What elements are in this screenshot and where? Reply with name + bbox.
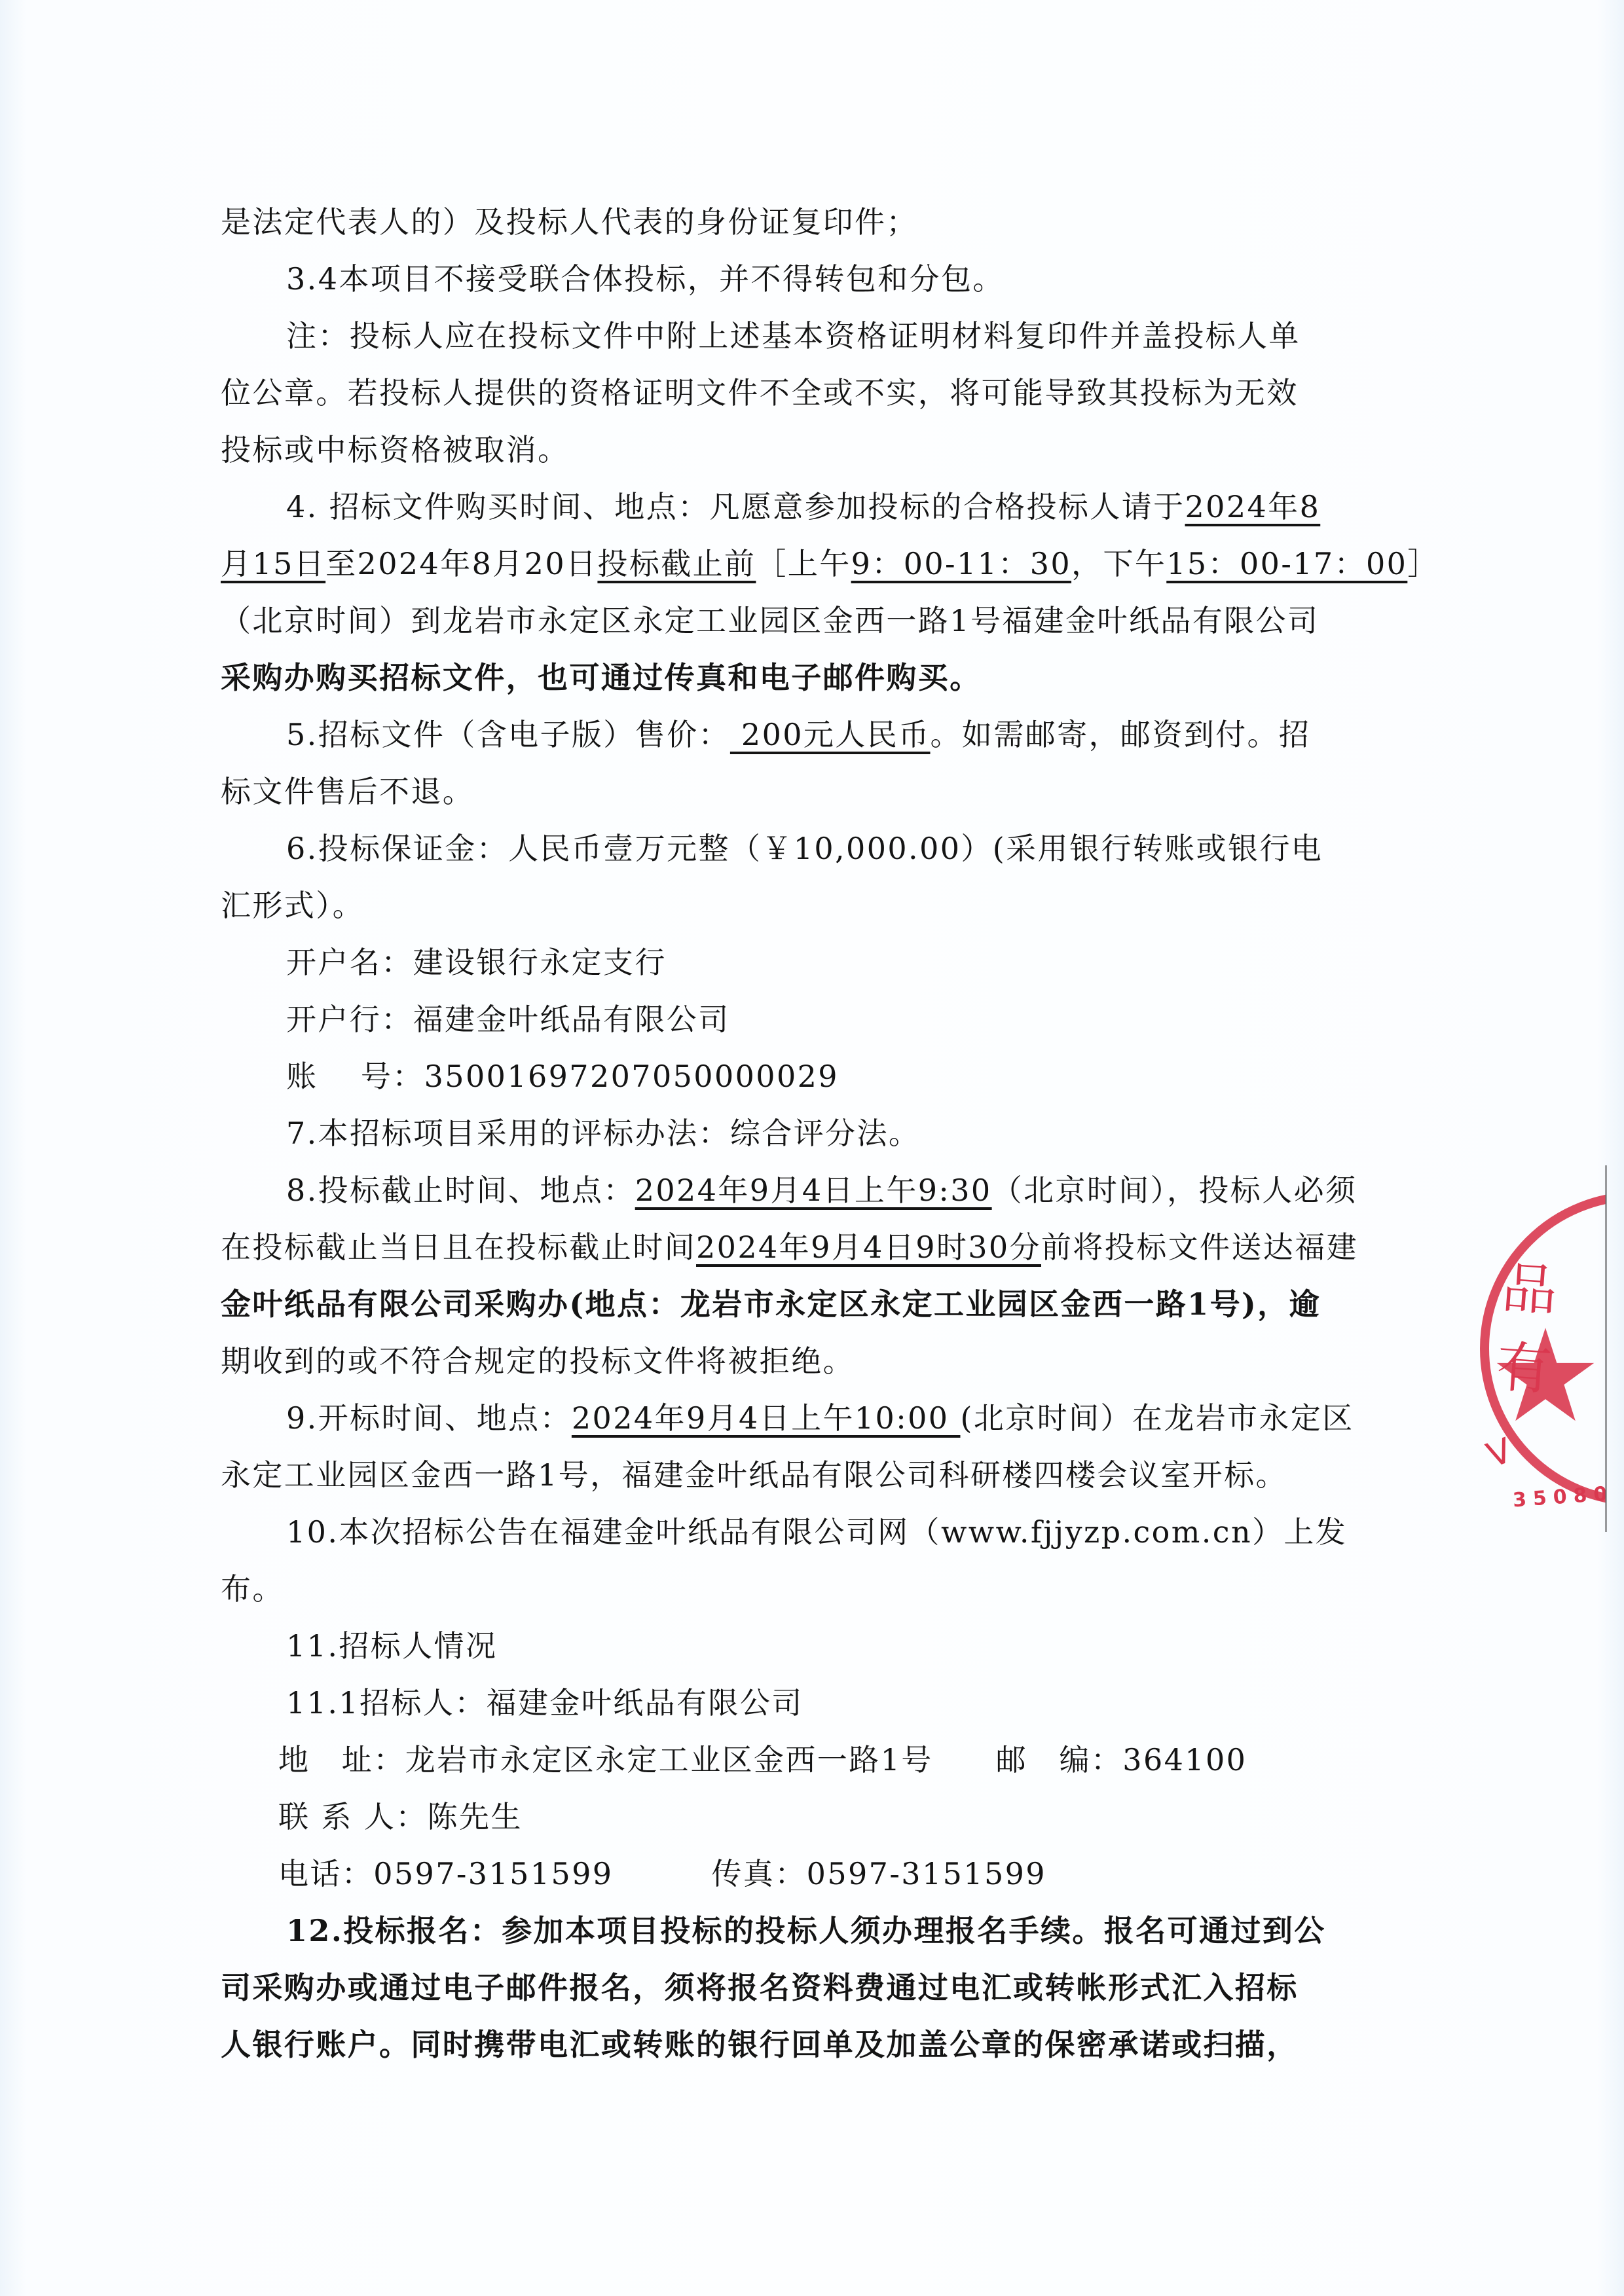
deadline-label: 投标截止前 [597, 546, 756, 581]
clause-10-publication: 10.本次招标公告在福建金叶纸品有限公司网（www.fjjyzp.com.cn）… [221, 1504, 1373, 1561]
clause-12-registration: 12.投标报名：参加本项目投标的投标人须办理报名手续。报名可通过到公 [221, 1903, 1373, 1959]
text-line: 汇形式）。 [221, 877, 1373, 934]
document-body: 是法定代表人的）及投标人代表的身份证复印件； 3.4本项目不接受联合体投标，并不… [221, 194, 1373, 2073]
text-span: ［上午 [756, 546, 851, 581]
account-bank: 开户行：福建金叶纸品有限公司 [221, 991, 1373, 1048]
star-icon [1493, 1326, 1598, 1424]
text-span: （北京时间），投标人必须 [992, 1173, 1357, 1208]
afternoon-hours: 15：00-17：00 [1166, 546, 1407, 581]
text-span: 在投标截止当日且在投标截止时间 [221, 1230, 696, 1265]
text-span: 5.招标文件（含电子版）售价： [286, 717, 730, 752]
text-span: ，下午 [1071, 546, 1166, 581]
text-line: 月15日至2024年8月20日投标截止前［上午9：00-11：30，下午15：0… [221, 536, 1373, 592]
tenderer-postcode: 邮 编：364100 [996, 1742, 1247, 1777]
note-paragraph: 注：投标人应在投标文件中附上述基本资格证明材料复印件并盖投标人单 [221, 308, 1373, 365]
text-line: 期收到的或不符合规定的投标文件将被拒绝。 [221, 1333, 1373, 1390]
opening-time: 2024年9月4日上午10:00 [572, 1400, 961, 1436]
text-line: 标文件售后不退。 [221, 763, 1373, 820]
tenderer-address: 地 址：龙岩市永定区永定工业区金西一路1号 [278, 1742, 933, 1777]
clause-9-opening: 9.开标时间、地点：2024年9月4日上午10:00 (北京时间）在龙岩市永定区 [221, 1390, 1373, 1447]
account-name: 开户名：建设银行永定支行 [221, 934, 1373, 991]
text-line: 司采购办或通过电子邮件报名，须将报名资料费通过电汇或转帐形式汇入招标 [221, 1959, 1373, 2016]
text-line: 采购办购买招标文件，也可通过传真和电子邮件购买。 [221, 649, 1373, 706]
text-line: 人银行账户。同时携带电汇或转账的银行回单及加盖公章的保密承诺或扫描， [221, 2016, 1373, 2073]
text-line: 布。 [221, 1561, 1373, 1618]
text-line: 永定工业园区金西一路1号，福建金叶纸品有限公司科研楼四楼会议室开标。 [221, 1447, 1373, 1504]
text-span: 4. 招标文件购买时间、地点：凡愿意参加投标的合格投标人请于 [286, 489, 1185, 524]
scanned-page: 是法定代表人的）及投标人代表的身份证复印件； 3.4本项目不接受联合体投标，并不… [0, 0, 1624, 2296]
tenderer-fax: 传真：0597-3151599 [711, 1856, 1046, 1891]
clause-8-deadline: 8.投标截止时间、地点：2024年9月4日上午9:30（北京时间），投标人必须 [221, 1162, 1373, 1219]
text-span: 至2024年8月20日 [325, 546, 597, 581]
account-number: 账 号：35001697207050000029 [221, 1048, 1373, 1105]
seal-text-fragment: V [1482, 1431, 1517, 1476]
clause-11-tenderer: 11.招标人情况 [221, 1618, 1373, 1675]
clause-7-evaluation: 7.本招标项目采用的评标办法：综合评分法。 [221, 1105, 1373, 1162]
morning-hours: 9：00-11：30 [851, 546, 1071, 581]
text-line: 位公章。若投标人提供的资格证明文件不全或不实，将可能导致其投标为无效 [221, 365, 1373, 422]
text-line: （北京时间）到龙岩市永定区永定工业园区金西一路1号福建金叶纸品有限公司 [221, 592, 1373, 649]
scan-edge [1605, 1165, 1607, 1532]
text-span: (北京时间）在龙岩市永定区 [960, 1400, 1354, 1436]
purchase-start-date-cont: 月15日 [221, 546, 325, 581]
document-price: 200元人民币 [730, 717, 931, 752]
text-line: 在投标截止当日且在投标截止时间2024年9月4日9时30分前将投标文件送达福建 [221, 1219, 1373, 1276]
text-line: 金叶纸品有限公司采购办(地点：龙岩市永定区永定工业园区金西一路1号)，逾 [221, 1276, 1373, 1333]
text-line: 投标或中标资格被取消。 [221, 422, 1373, 479]
tenderer-phone: 电话：0597-3151599 [278, 1856, 613, 1891]
tenderer-phone-row: 电话：0597-3151599传真：0597-3151599 [221, 1846, 1373, 1903]
text-span: 9.开标时间、地点： [286, 1400, 572, 1436]
tenderer-name: 11.1招标人：福建金叶纸品有限公司 [221, 1675, 1373, 1732]
text-span: 。如需邮寄，邮资到付。招 [931, 717, 1311, 752]
seal-code: 350803 [1512, 1481, 1606, 1512]
text-span: ］ [1407, 546, 1439, 581]
clause-4-purchase-time: 4. 招标文件购买时间、地点：凡愿意参加投标的合格投标人请于2024年8 [221, 479, 1373, 536]
seal-text: 品有 [1494, 1244, 1606, 1410]
tenderer-address-row: 地 址：龙岩市永定区永定工业区金西一路1号邮 编：364100 [221, 1732, 1373, 1789]
tenderer-contact: 联 系 人：陈先生 [221, 1789, 1373, 1846]
text-span: 前将投标文件送达福建 [1041, 1230, 1358, 1265]
company-seal [1480, 1192, 1606, 1506]
purchase-start-date: 2024年8 [1185, 489, 1321, 524]
text-span: 8.投标截止时间、地点： [286, 1173, 635, 1208]
bid-deadline-exact: 2024年9月4日9时30分 [696, 1230, 1041, 1265]
clause-3-4: 3.4本项目不接受联合体投标，并不得转包和分包。 [221, 251, 1373, 308]
clause-5-price: 5.招标文件（含电子版）售价： 200元人民币。如需邮寄，邮资到付。招 [221, 706, 1373, 763]
bid-deadline: 2024年9月4日上午9:30 [635, 1173, 992, 1208]
clause-6-deposit: 6.投标保证金：人民币壹万元整（￥10,000.00）(采用银行转账或银行电 [221, 820, 1373, 877]
text-line: 是法定代表人的）及投标人代表的身份证复印件； [221, 194, 1373, 251]
